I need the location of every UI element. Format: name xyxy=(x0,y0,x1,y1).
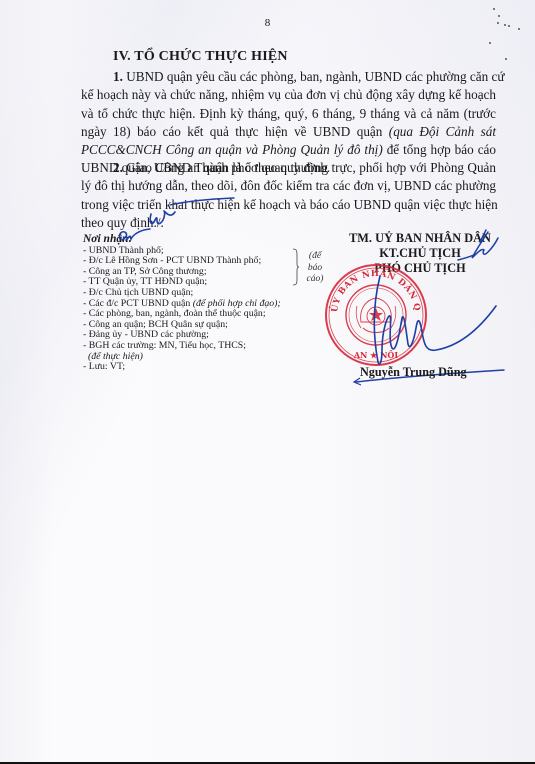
page-number: 8 xyxy=(0,17,535,29)
document-page: 8 IV. TỔ CHỨC THỰC HIỆN 1. UBND quận yêu… xyxy=(0,0,535,762)
signer-name: Nguyễn Trung Dũng xyxy=(360,365,467,380)
brace-icon xyxy=(292,248,300,286)
recipients-list: Nơi nhận: - UBND Thành phố; - Đ/c Lê Hồn… xyxy=(83,234,281,373)
handwritten-mark-icon xyxy=(117,227,153,243)
handwritten-initial-icon xyxy=(450,228,500,264)
section-title: IV. TỔ CHỨC THỰC HIỆN xyxy=(113,49,288,65)
recipients-label: Nơi nhận: xyxy=(83,234,281,245)
recipient-archive: - Lưu: VT; xyxy=(83,362,281,373)
paragraph-number: 1. xyxy=(113,69,123,84)
scan-speck xyxy=(489,42,491,44)
scan-speck xyxy=(505,58,507,60)
handwritten-underline-icon xyxy=(168,195,238,209)
paragraph-number: 2. xyxy=(113,160,123,175)
recipient-item: - BGH các trường: MN, Tiểu học, THCS; xyxy=(83,341,281,352)
paragraph-2: 2. Giao Công an quận là cơ quan thường t… xyxy=(81,159,496,232)
scan-speck xyxy=(493,8,495,10)
